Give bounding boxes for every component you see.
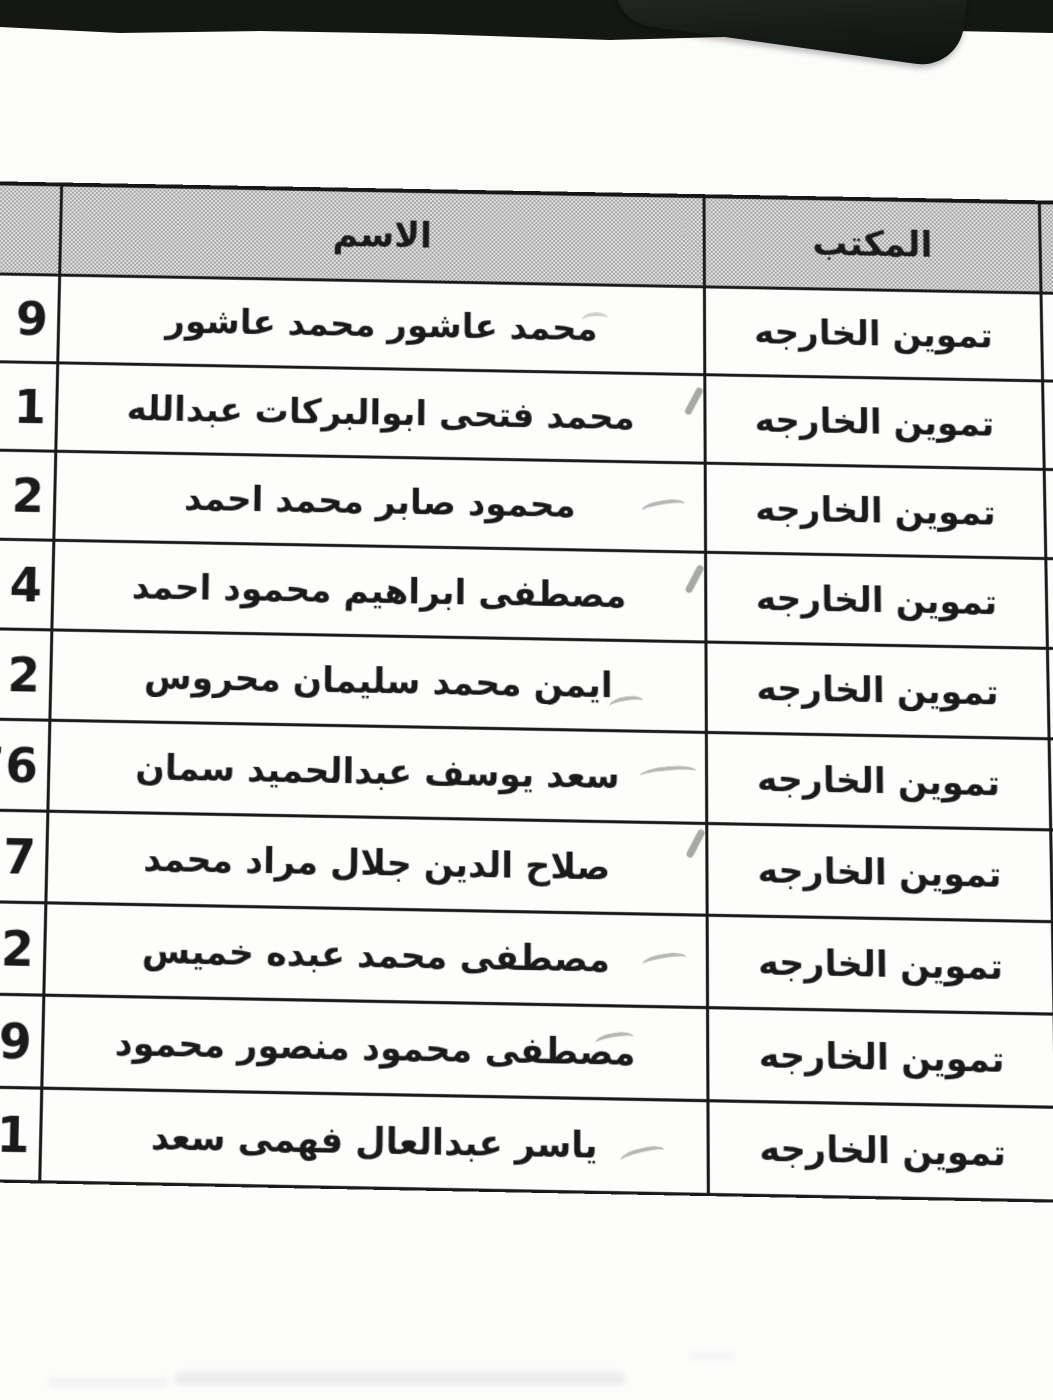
name-cell: ياسر عبدالعال فهمى سعد [38,1090,707,1193]
office-cell: تموين الخارجه [704,554,1046,647]
name-cell: مصطفى ابراهيم محمود احمد [50,542,704,641]
office-cell: تموين الخارجه [705,644,1048,738]
name-cell: مصطفى محمود منصور محمود [40,997,707,1099]
name-cell: محمود صابر محمد احمد [52,453,704,551]
header-cell-name: الاسم [58,186,703,285]
edge-fragment-cell: ـة [1045,560,1053,649]
bleed-through-text [690,1352,734,1360]
pencil-checkmark [608,693,644,713]
name-text: محمد عاشور محمد عاشور [165,301,597,349]
office-cell: تموين الخارجه [703,288,1041,379]
edge-fragment-cell: ـة [1050,831,1053,922]
pencil-checkmark [639,764,697,783]
name-text: ايمن محمد سليمان محروس [144,656,613,706]
serial-cell: 1 [0,362,56,450]
serial-cell: 9 [0,274,58,361]
name-text: محمود صابر محمد احمد [184,478,576,526]
name-text: محمد فتحى ابوالبركات عبدالله [126,388,634,438]
office-cell: تموين الخارجه [704,465,1045,557]
pencil-checkmark [582,311,609,326]
office-cell: تموين الخارجه [705,734,1050,828]
serial-cell: 4 [0,539,52,628]
pencil-checkmark [684,386,704,416]
pencil-checkmark [619,1143,667,1168]
serial-cell: 2 [0,450,54,538]
name-text: مصطفى محمود منصور محمود [115,1022,636,1074]
name-cell: محمد عاشور محمد عاشور [56,277,703,374]
name-text: مصطفى ابراهيم محمود احمد [132,566,627,616]
serial-cell: 76 [0,719,48,809]
office-cell: تموين الخارجه [706,1009,1053,1105]
serial-cell: 19 [0,994,42,1086]
header-cell-edge [1038,204,1053,294]
serial-cell: 37 [0,810,46,901]
name-cell: محمد فتحى ابوالبركات عبدالله [54,364,704,461]
name-cell: ايمن محمد سليمان محروس [48,631,705,730]
name-cell: مصطفى محمد عبده خميس [42,904,706,1006]
name-text: مصطفى محمد عبده خميس [142,930,610,981]
header-cell-office: المكتب [703,198,1040,291]
name-cell: صلاح الدين جلال مراد محمد [44,813,706,914]
edge-fragment-cell [1040,294,1053,381]
bleed-through-text [175,1372,625,1385]
serial-cell: 31 [0,1087,40,1180]
office-cell: تموين الخارجه [706,917,1053,1013]
header-cell-serial [0,184,60,274]
serial-cell: 2 [0,629,50,719]
bleed-through-text [48,1378,168,1386]
edge-fragment-cell [1043,471,1053,560]
name-text: صلاح الدين جلال مراد محمد [143,838,610,888]
pencil-checkmark [641,950,688,972]
name-text: سعد يوسف عبدالحميد سمان [135,747,620,797]
edge-fragment-cell: ـة [1046,650,1053,740]
edge-fragment-cell: ـة [1048,740,1053,831]
serial-cell: 52 [0,902,44,994]
photographed-document: الاسم المكتب 9 محمد عاشور محمد عاشور تمو… [0,0,1053,1400]
name-text: ياسر عبدالعال فهمى سعد [151,1116,598,1167]
pencil-checkmark [684,564,704,594]
pencil-checkmark [641,497,687,518]
pencil-checkmark [685,829,705,860]
roster-table: الاسم المكتب 9 محمد عاشور محمد عاشور تمو… [0,180,1053,1205]
office-cell: تموين الخارجه [703,376,1043,468]
name-cell: سعد يوسف عبدالحميد سمان [46,722,705,822]
edge-fragment-cell [1041,382,1053,470]
office-cell: تموين الخارجه [705,825,1051,920]
office-cell: تموين الخارجه [707,1102,1053,1199]
